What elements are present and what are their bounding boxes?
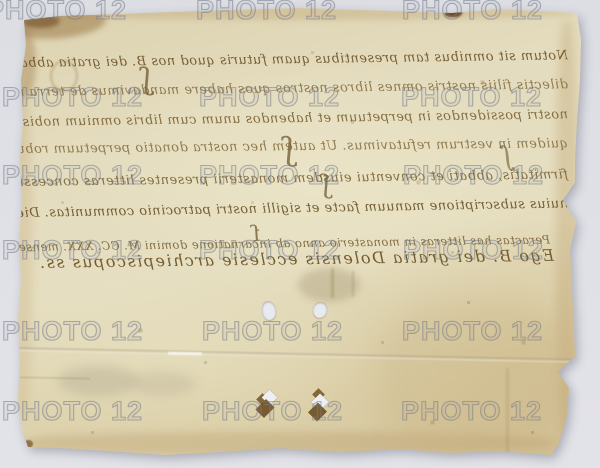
manuscript-line: Notum sit omnibus tam presentibus quam f…	[38, 46, 568, 75]
manuscript-line-signature: Ego B. dei gratia Dolensis ecclesie arch…	[84, 246, 554, 279]
manuscript-line: nostri possidendos in perpetuum et haben…	[38, 105, 568, 134]
ink-flourish: ʃ	[283, 130, 294, 169]
ink-flourish: ſ	[251, 222, 261, 248]
stain-gray-smudge	[58, 366, 138, 396]
manuscript-line: huius subscriptione manuum facte et sigi…	[38, 194, 568, 225]
vertical-crease	[506, 368, 509, 454]
stain-burn-spot	[445, 8, 462, 17]
stain-corner-dot	[24, 440, 33, 448]
stain-top-edge	[26, 6, 576, 20]
ink-flourish: ∫	[499, 140, 516, 174]
fold-crease-left	[20, 376, 90, 379]
parchment-hole-stained	[306, 389, 328, 419]
parchment-hole	[312, 301, 328, 319]
ink-speckles	[0, 0, 1, 1]
photo-backdrop: Notum sit omnibus tam presentibus quam f…	[0, 0, 600, 468]
parchment-shadow: Notum sit omnibus tam presentibus quam f…	[0, 0, 600, 468]
stain-bottom-right	[380, 300, 570, 450]
crease-highlight	[168, 352, 202, 356]
manuscript-line: quidem in vestrum refutavimus. Ut autem …	[38, 134, 568, 162]
parchment-hole	[260, 300, 278, 321]
manuscript-line: firmitatis, abbati et conventui eiusdem …	[38, 165, 568, 194]
stain-gray-smudge	[130, 372, 196, 396]
parchment-hole-stained	[256, 391, 276, 419]
manuscript-line: dilectis filiis nostris omnes libros nos…	[38, 75, 568, 104]
parchment-document: Notum sit omnibus tam presentibus quam f…	[0, 0, 600, 468]
stain-drip	[352, 271, 354, 297]
stain-top-left-dark	[20, 14, 60, 28]
stain-left-band	[12, 90, 32, 420]
